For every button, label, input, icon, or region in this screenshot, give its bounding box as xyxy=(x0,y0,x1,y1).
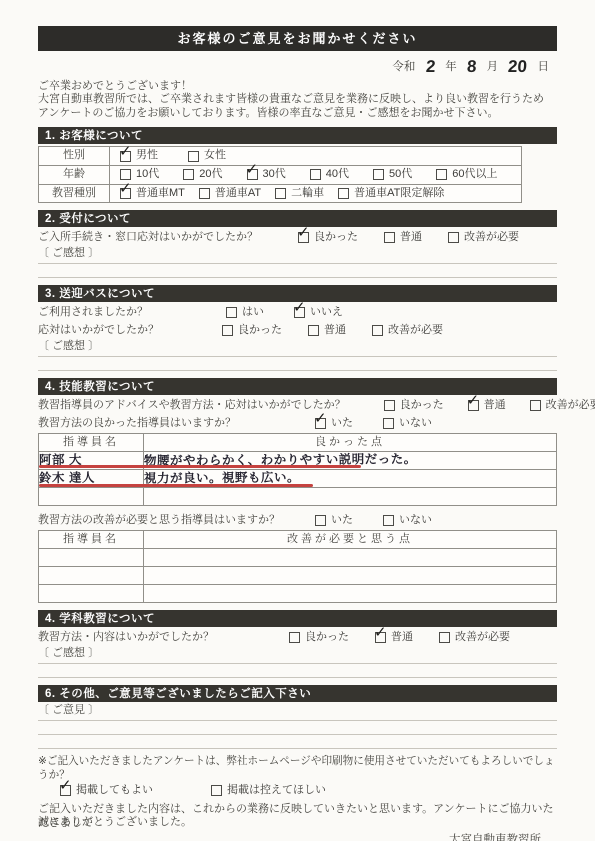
checkbox-bus-normal[interactable]: 普通 xyxy=(308,324,346,338)
gender-row: 性別 男性 女性 xyxy=(39,147,522,166)
checkbox-regular-at[interactable]: 普通車AT xyxy=(199,187,261,201)
checkbox-publish-refrain[interactable]: 掲載は控えてほしい xyxy=(211,783,326,798)
checkbox-regular-mt[interactable]: 普通車MT xyxy=(120,187,185,201)
option-label: 良かった xyxy=(238,324,282,338)
checkbox-reception-good[interactable]: 良かった xyxy=(298,231,358,245)
form-title: お客様のご意見をお聞かせください xyxy=(38,26,557,51)
table-row[interactable] xyxy=(39,585,557,603)
option-label: 普通 xyxy=(324,324,346,338)
option-label: 良かった xyxy=(400,399,444,413)
checkbox-icon[interactable] xyxy=(199,188,210,199)
checkbox-age-40s[interactable]: 40代 xyxy=(310,168,349,182)
option-label: 60代以上 xyxy=(452,168,497,182)
section-classroom-training-header: 4. 学科教習について xyxy=(38,610,557,627)
checkbox-icon[interactable] xyxy=(120,188,131,199)
checkbox-icon[interactable] xyxy=(373,169,384,180)
classroom-comment-line[interactable] xyxy=(38,664,557,678)
checkbox-improve-instructor-no[interactable]: いない xyxy=(383,514,432,528)
checkbox-skill-improve[interactable]: 改善が必要 xyxy=(530,399,595,413)
gender-label: 性別 xyxy=(39,147,110,166)
good-instructor-table: 指導員名 良かった点 阿部 大 物腰がやわらかく、わかりやすい説明だった。 鈴木… xyxy=(38,433,557,506)
checkbox-bus-good[interactable]: 良かった xyxy=(222,324,282,338)
good-instructor-question-row: 教習方法の良かった指導員はいますか？ いた いない xyxy=(38,415,557,431)
skill-advice-question-row: 教習指導員のアドバイスや教習方法・応対はいかがでしたか？ 良かった 普通 改善が… xyxy=(38,397,557,413)
question-text: ご入所手続き・窓口応対はいかがでしたか？ xyxy=(38,231,258,245)
customer-info-table: 性別 男性 女性 年齢 10代 20代 30代 40代 50代 60代以上 教習… xyxy=(38,146,522,203)
checkbox-icon[interactable] xyxy=(60,785,71,796)
good-instructor-table-wrap: 指導員名 良かった点 阿部 大 物腰がやわらかく、わかりやすい説明だった。 鈴木… xyxy=(38,433,557,506)
checkbox-icon[interactable] xyxy=(211,785,222,796)
column-header-improve-point: 改善が必要と思う点 xyxy=(144,531,557,549)
bus-comment-line[interactable]: 〔 ご感想 〕 xyxy=(38,340,557,357)
checkbox-male[interactable]: 男性 xyxy=(120,149,158,163)
bus-service-question-row: 応対はいかがでしたか？ 良かった 普通 改善が必要 xyxy=(38,322,557,338)
checkbox-icon[interactable] xyxy=(384,400,395,411)
question-text: 応対はいかがでしたか？ xyxy=(38,324,196,338)
question-text: 教習方法・内容はいかがでしたか？ xyxy=(38,631,263,645)
option-label: 普通車AT限定解除 xyxy=(354,187,444,201)
checkbox-icon[interactable] xyxy=(188,151,199,162)
checkbox-icon[interactable] xyxy=(120,151,131,162)
section-other-opinions-header: 6. その他、ご意見等ございましたらご記入下さい xyxy=(38,685,557,702)
checkbox-icon[interactable] xyxy=(315,515,326,526)
option-label: いた xyxy=(331,417,353,431)
column-header-instructor-name: 指導員名 xyxy=(39,531,144,549)
question-text: ご利用されましたか？ xyxy=(38,306,196,320)
checkbox-reception-normal[interactable]: 普通 xyxy=(384,231,422,245)
option-label: はい xyxy=(242,306,264,320)
reception-comment-line[interactable] xyxy=(38,264,557,278)
checkbox-bus-yes[interactable]: はい xyxy=(226,306,264,320)
option-label: いいえ xyxy=(310,306,343,320)
improve-instructor-table: 指導員名 改善が必要と思う点 xyxy=(38,530,557,603)
age-row: 年齢 10代 20代 30代 40代 50代 60代以上 xyxy=(39,165,522,184)
closing-line: ご記入いただきました内容は、これからの業務に反映していきたいと思います。アンケー… xyxy=(38,803,557,816)
month-value-handwritten[interactable]: 8 xyxy=(459,56,484,77)
age-label: 年齢 xyxy=(39,165,110,184)
option-label: いない xyxy=(399,417,432,431)
checkbox-skill-normal[interactable]: 普通 xyxy=(468,399,506,413)
year-value-handwritten[interactable]: 2 xyxy=(418,56,443,77)
classroom-comment-line[interactable]: 〔 ご感想 〕 xyxy=(38,647,557,664)
option-label: 掲載してもよい xyxy=(76,784,153,798)
option-label: 10代 xyxy=(136,168,159,182)
question-text: 教習指導員のアドバイスや教習方法・応対はいかがでしたか？ xyxy=(38,399,346,413)
intro-line: ご卒業おめでとうございます！ xyxy=(38,80,557,93)
checkbox-icon[interactable] xyxy=(436,169,447,180)
school-signature: 大宮自動車教習所 xyxy=(38,833,557,841)
month-unit: 月 xyxy=(487,61,499,73)
checkbox-icon[interactable] xyxy=(439,632,450,643)
table-header-row: 指導員名 改善が必要と思う点 xyxy=(39,531,557,549)
course-row: 教習種別 普通車MT 普通車AT 二輪車 普通車AT限定解除 xyxy=(39,184,522,203)
option-label: 30代 xyxy=(263,168,286,182)
checkbox-icon[interactable] xyxy=(384,232,395,243)
option-label: 良かった xyxy=(314,231,358,245)
checkbox-icon[interactable] xyxy=(275,188,286,199)
checkbox-icon[interactable] xyxy=(530,400,541,411)
opinion-comment-line[interactable] xyxy=(38,721,557,735)
checkbox-icon[interactable] xyxy=(247,169,258,180)
intro-line: アンケートのご協力をお願いしております。皆様の率直なご意見・ご感想をお聞かせ下さ… xyxy=(38,107,557,120)
checkbox-bus-no[interactable]: いいえ xyxy=(294,306,343,320)
classroom-question-row: 教習方法・内容はいかがでしたか？ 良かった 普通 改善が必要 xyxy=(38,629,557,645)
question-text: 教習方法の改善が必要と思う指導員はいますか？ xyxy=(38,514,285,528)
checkbox-improve-instructor-yes[interactable]: いた xyxy=(315,514,353,528)
checkbox-icon[interactable] xyxy=(310,169,321,180)
date-row: 令和 2 年 8 月 20 日 xyxy=(38,56,557,76)
column-header-instructor-name: 指導員名 xyxy=(39,434,144,452)
option-label: 改善が必要 xyxy=(546,399,595,413)
opinion-comment-line[interactable]: 〔 ご意見 〕 xyxy=(38,704,557,721)
era-label: 令和 xyxy=(392,61,415,73)
checkbox-icon[interactable] xyxy=(294,307,305,318)
table-header-row: 指導員名 良かった点 xyxy=(39,434,557,452)
day-unit: 日 xyxy=(538,61,550,73)
option-label: 普通車MT xyxy=(136,187,185,201)
intro-paragraph: ご卒業おめでとうございます！ 大宮自動車教習所では、ご卒業されます皆様の貴重なご… xyxy=(38,80,557,120)
checkbox-icon[interactable] xyxy=(372,325,383,336)
checkbox-age-30s[interactable]: 30代 xyxy=(247,168,286,182)
course-label: 教習種別 xyxy=(39,184,110,203)
option-label: 40代 xyxy=(326,168,349,182)
option-label: 改善が必要 xyxy=(388,324,443,338)
option-label: 50代 xyxy=(389,168,412,182)
checkbox-icon[interactable] xyxy=(226,307,237,318)
checkbox-motorcycle[interactable]: 二輪車 xyxy=(275,187,324,201)
checkbox-age-50s[interactable]: 50代 xyxy=(373,168,412,182)
checkbox-icon[interactable] xyxy=(383,515,394,526)
checkbox-icon[interactable] xyxy=(448,232,459,243)
checkbox-icon[interactable] xyxy=(375,632,386,643)
checkbox-classroom-improve[interactable]: 改善が必要 xyxy=(439,631,510,645)
option-label: 二輪車 xyxy=(291,187,324,201)
checkbox-good-instructor-no[interactable]: いない xyxy=(383,417,432,431)
checkbox-icon[interactable] xyxy=(298,232,309,243)
checkbox-icon[interactable] xyxy=(468,400,479,411)
checkbox-classroom-normal[interactable]: 普通 xyxy=(375,631,413,645)
checkbox-age-60s-plus[interactable]: 60代以上 xyxy=(436,168,497,182)
checkbox-icon[interactable] xyxy=(315,418,326,429)
year-unit: 年 xyxy=(445,61,457,73)
publish-permission-question: ※ご記入いただきましたアンケートは、弊社ホームページや印刷物に使用させていただい… xyxy=(38,755,557,781)
closing-line: 誠にありがとうございました。 xyxy=(38,816,557,829)
checkbox-publish-ok[interactable]: 掲載してもよい xyxy=(60,783,153,798)
closing-paragraph: ご記入いただきました内容は、これからの業務に反映していきたいと思います。アンケー… xyxy=(38,803,557,829)
bus-used-question-row: ご利用されましたか？ はい いいえ xyxy=(38,304,557,320)
checkbox-female[interactable]: 女性 xyxy=(188,149,226,163)
option-label: 女性 xyxy=(204,149,226,163)
checkbox-at-limit-release[interactable]: 普通車AT限定解除 xyxy=(338,187,444,201)
option-label: いた xyxy=(331,514,353,528)
opinion-comment-line[interactable] xyxy=(38,735,557,749)
intro-line: 大宮自動車教習所では、ご卒業されます皆様の貴重なご意見を業務に反映し、より良い教… xyxy=(38,93,557,106)
checkbox-bus-improve[interactable]: 改善が必要 xyxy=(372,324,443,338)
bus-comment-line[interactable] xyxy=(38,357,557,371)
table-row[interactable] xyxy=(39,488,557,506)
option-label: 掲載は控えてほしい xyxy=(227,784,326,798)
option-label: いない xyxy=(399,514,432,528)
option-label: 普通 xyxy=(400,231,422,245)
checkbox-icon[interactable] xyxy=(338,188,349,199)
publish-options-row: 掲載してもよい 掲載は控えてほしい xyxy=(60,783,557,798)
checkbox-age-20s[interactable]: 20代 xyxy=(183,168,222,182)
column-header-good-point: 良かった点 xyxy=(144,434,557,452)
day-value-handwritten[interactable]: 20 xyxy=(501,56,535,77)
checkbox-reception-improve[interactable]: 改善が必要 xyxy=(448,231,519,245)
red-underline xyxy=(39,484,313,487)
checkbox-icon[interactable] xyxy=(120,169,131,180)
checkbox-icon[interactable] xyxy=(308,325,319,336)
checkbox-skill-good[interactable]: 良かった xyxy=(384,399,444,413)
checkbox-classroom-good[interactable]: 良かった xyxy=(289,631,349,645)
improve-instructor-table-wrap: 指導員名 改善が必要と思う点 xyxy=(38,530,557,603)
red-underline xyxy=(39,465,361,468)
checkbox-icon[interactable] xyxy=(289,632,300,643)
section-customer-header: 1. お客様について xyxy=(38,127,557,144)
checkbox-icon[interactable] xyxy=(183,169,194,180)
table-row[interactable] xyxy=(39,549,557,567)
checkbox-icon[interactable] xyxy=(383,418,394,429)
option-label: 男性 xyxy=(136,149,158,163)
table-row[interactable] xyxy=(39,567,557,585)
questionnaire-page: お客様のご意見をお聞かせください 令和 2 年 8 月 20 日 ご卒業おめでと… xyxy=(0,0,595,841)
option-label: 普通 xyxy=(484,399,506,413)
option-label: 良かった xyxy=(305,631,349,645)
option-label: 改善が必要 xyxy=(455,631,510,645)
checkbox-icon[interactable] xyxy=(222,325,233,336)
reception-comment-line[interactable]: 〔 ご感想 〕 xyxy=(38,247,557,264)
checkbox-good-instructor-yes[interactable]: いた xyxy=(315,417,353,431)
question-text: 教習方法の良かった指導員はいますか？ xyxy=(38,417,285,431)
option-label: 改善が必要 xyxy=(464,231,519,245)
option-label: 20代 xyxy=(199,168,222,182)
option-label: 普通 xyxy=(391,631,413,645)
option-label: 普通車AT xyxy=(215,187,261,201)
reception-question-row: ご入所手続き・窓口応対はいかがでしたか？ 良かった 普通 改善が必要 xyxy=(38,229,557,245)
improve-instructor-question-row: 教習方法の改善が必要と思う指導員はいますか？ いた いない xyxy=(38,512,557,528)
